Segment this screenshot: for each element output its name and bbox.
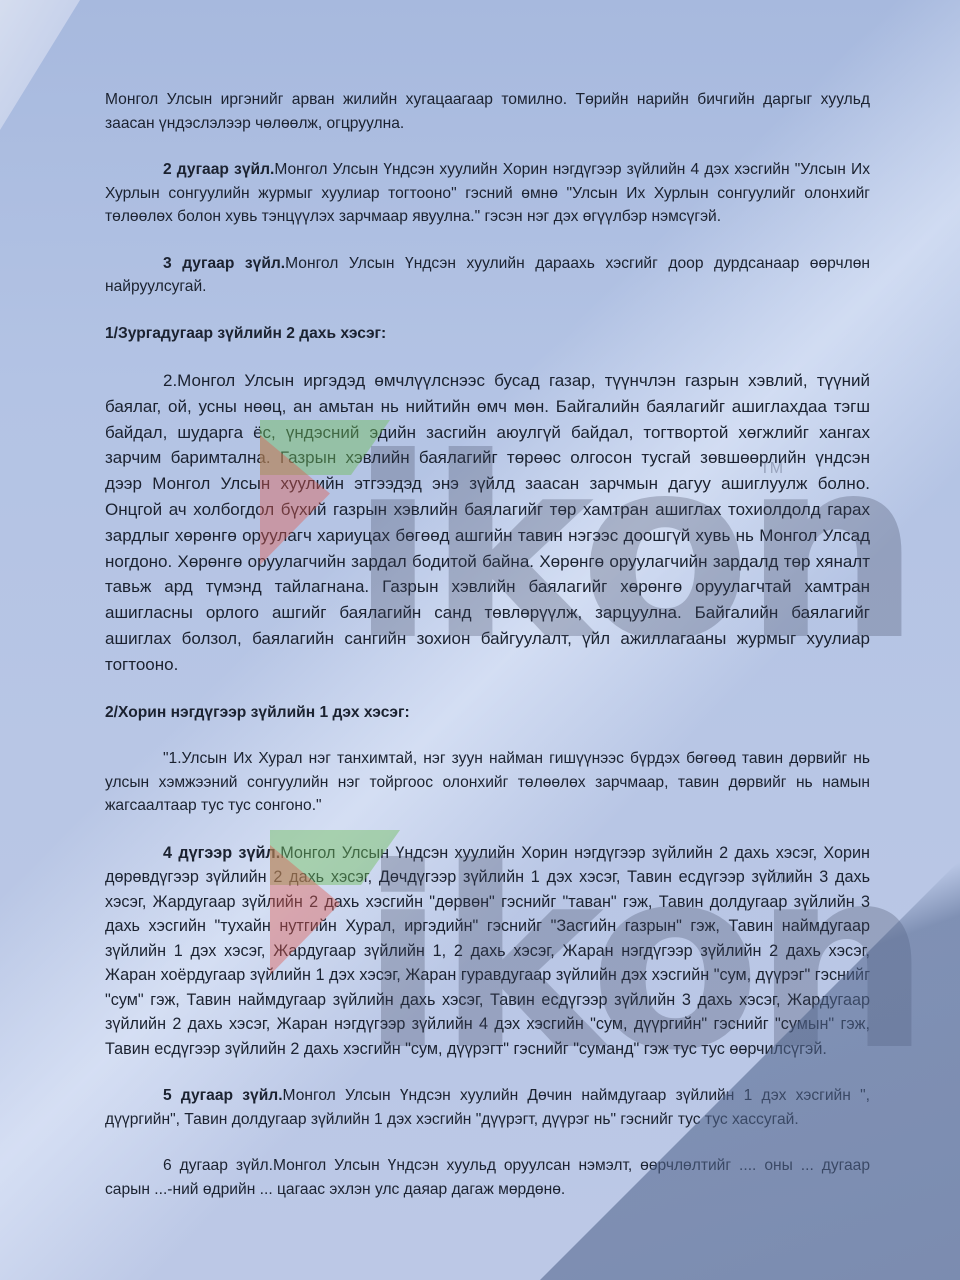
article-2-lead: 2 дугаар зүйл. [163, 161, 274, 178]
article-3-lead: 3 дугаар зүйл. [163, 255, 285, 272]
intro-paragraph: Монгол Улсын иргэнийг арван жилийн хугац… [105, 88, 870, 135]
section-1-text: 2.Монгол Улсын иргэдэд өмчлүүлснээс буса… [105, 368, 870, 678]
section-2-heading: 2/Хорин нэгдүгээр зүйлийн 1 дэх хэсэг: [105, 701, 870, 725]
section-2-text: "1.Улсын Их Хурал нэг танхимтай, нэг зуу… [105, 747, 870, 818]
document-body: Монгол Улсын иргэнийг арван жилийн хугац… [105, 88, 870, 1201]
article-2: 2 дугаар зүйл.Монгол Улсын Үндсэн хуулий… [105, 158, 870, 229]
article-5-lead: 5 дугаар зүйл. [163, 1087, 283, 1104]
article-4: 4 дүгээр зүйл.Монгол Улсын Үндсэн хуулий… [105, 841, 870, 1062]
article-4-lead: 4 дүгээр зүйл. [163, 844, 280, 862]
article-4-text: Монгол Улсын Үндсэн хуулийн Хорин нэгдүг… [105, 844, 870, 1058]
article-3: 3 дугаар зүйл.Монгол Улсын Үндсэн хуулий… [105, 252, 870, 299]
section-1-heading: 1/Зургадугаар зүйлийн 2 дахь хэсэг: [105, 322, 870, 346]
